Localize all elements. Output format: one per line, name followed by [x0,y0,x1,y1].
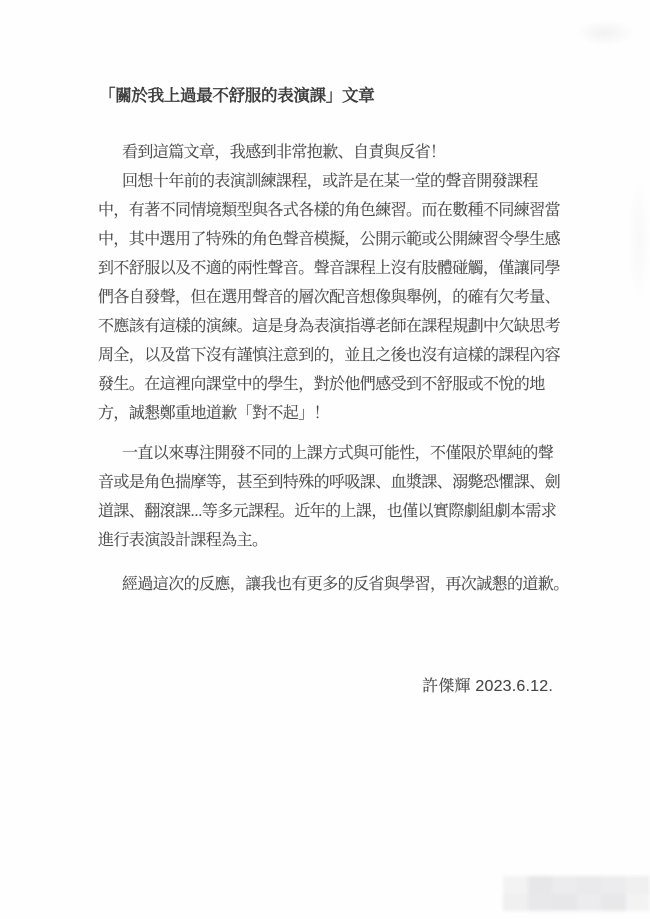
text-line: 發生。在這裡向課堂中的學生，對於他們感受到不舒服或不悅的地 [98,370,568,399]
document-title: 「關於我上過最不舒服的表演課」文章 [99,82,374,106]
text-line: 看到這篇文章，我感到非常抱歉、自責與反省！ [98,138,568,167]
document-page: 「關於我上過最不舒服的表演課」文章 看到這篇文章，我感到非常抱歉、自責與反省！ … [0,0,650,919]
watermark-pixel-block [626,894,650,912]
watermark-pixel-block [552,876,577,894]
text-line: 一直以來專注開發不同的上課方式與可能性，不僅限於單純的聲 [98,439,568,468]
scan-smudge [628,180,650,300]
paragraph-block-1: 看到這篇文章，我感到非常抱歉、自責與反省！ 回想十年前的表演訓練課程，或許是在某… [98,138,568,428]
text-line: 周全，以及當下沒有謹慎注意到的，並且之後也沒有這樣的課程內容 [98,341,568,370]
watermark-pixel-block [528,876,553,894]
text-line: 中，其中選用了特殊的角色聲音模擬，公開示範或公開練習令學生感 [98,225,568,254]
text-line: 們各自發聲，但在選用聲音的層次配音想像與舉例，的確有欠考量、 [98,283,568,312]
watermark-pixel-block [601,894,626,912]
text-line: 進行表演設計課程為主。 [98,526,568,555]
watermark-pixel-block [601,876,626,894]
paragraph-block-2: 一直以來專注開發不同的上課方式與可能性，不僅限於單純的聲 音或是角色揣摩等，甚至… [98,439,568,555]
blurred-watermark [503,876,650,911]
watermark-pixel-block [503,876,528,894]
text-line: 不應該有這樣的演練。這是身為表演指導老師在課程規劃中欠缺思考 [98,312,568,341]
watermark-pixel-block [577,876,602,894]
text-line: 音或是角色揣摩等，甚至到特殊的呼吸課、血漿課、溺斃恐懼課、劍 [98,468,568,497]
text-line: 道課、翻滾課...等多元課程。近年的上課，也僅以實際劇組劇本需求 [98,497,568,526]
text-line: 經過這次的反應，讓我也有更多的反省與學習，再次誠懇的道歉。 [98,570,568,599]
text-line: 方，誠懇鄭重地道歉「對不起」！ [98,399,568,428]
watermark-pixel-block [577,894,602,912]
signature-line: 許傑輝 2023.6.12. [98,673,553,696]
text-line: 到不舒服以及不適的兩性聲音。聲音課程上沒有肢體碰觸，僅讓同學 [98,254,568,283]
watermark-pixel-block [552,894,577,912]
watermark-pixel-block [503,894,528,912]
paragraph-block-3: 經過這次的反應，讓我也有更多的反省與學習，再次誠懇的道歉。 [98,570,568,599]
text-line: 回想十年前的表演訓練課程，或許是在某一堂的聲音開發課程 [98,167,568,196]
watermark-pixel-block [626,876,650,894]
watermark-pixel-block [528,894,553,912]
scan-smudge [575,20,635,46]
text-line: 中，有著不同情境類型與各式各樣的角色練習。而在數種不同練習當 [98,196,568,225]
